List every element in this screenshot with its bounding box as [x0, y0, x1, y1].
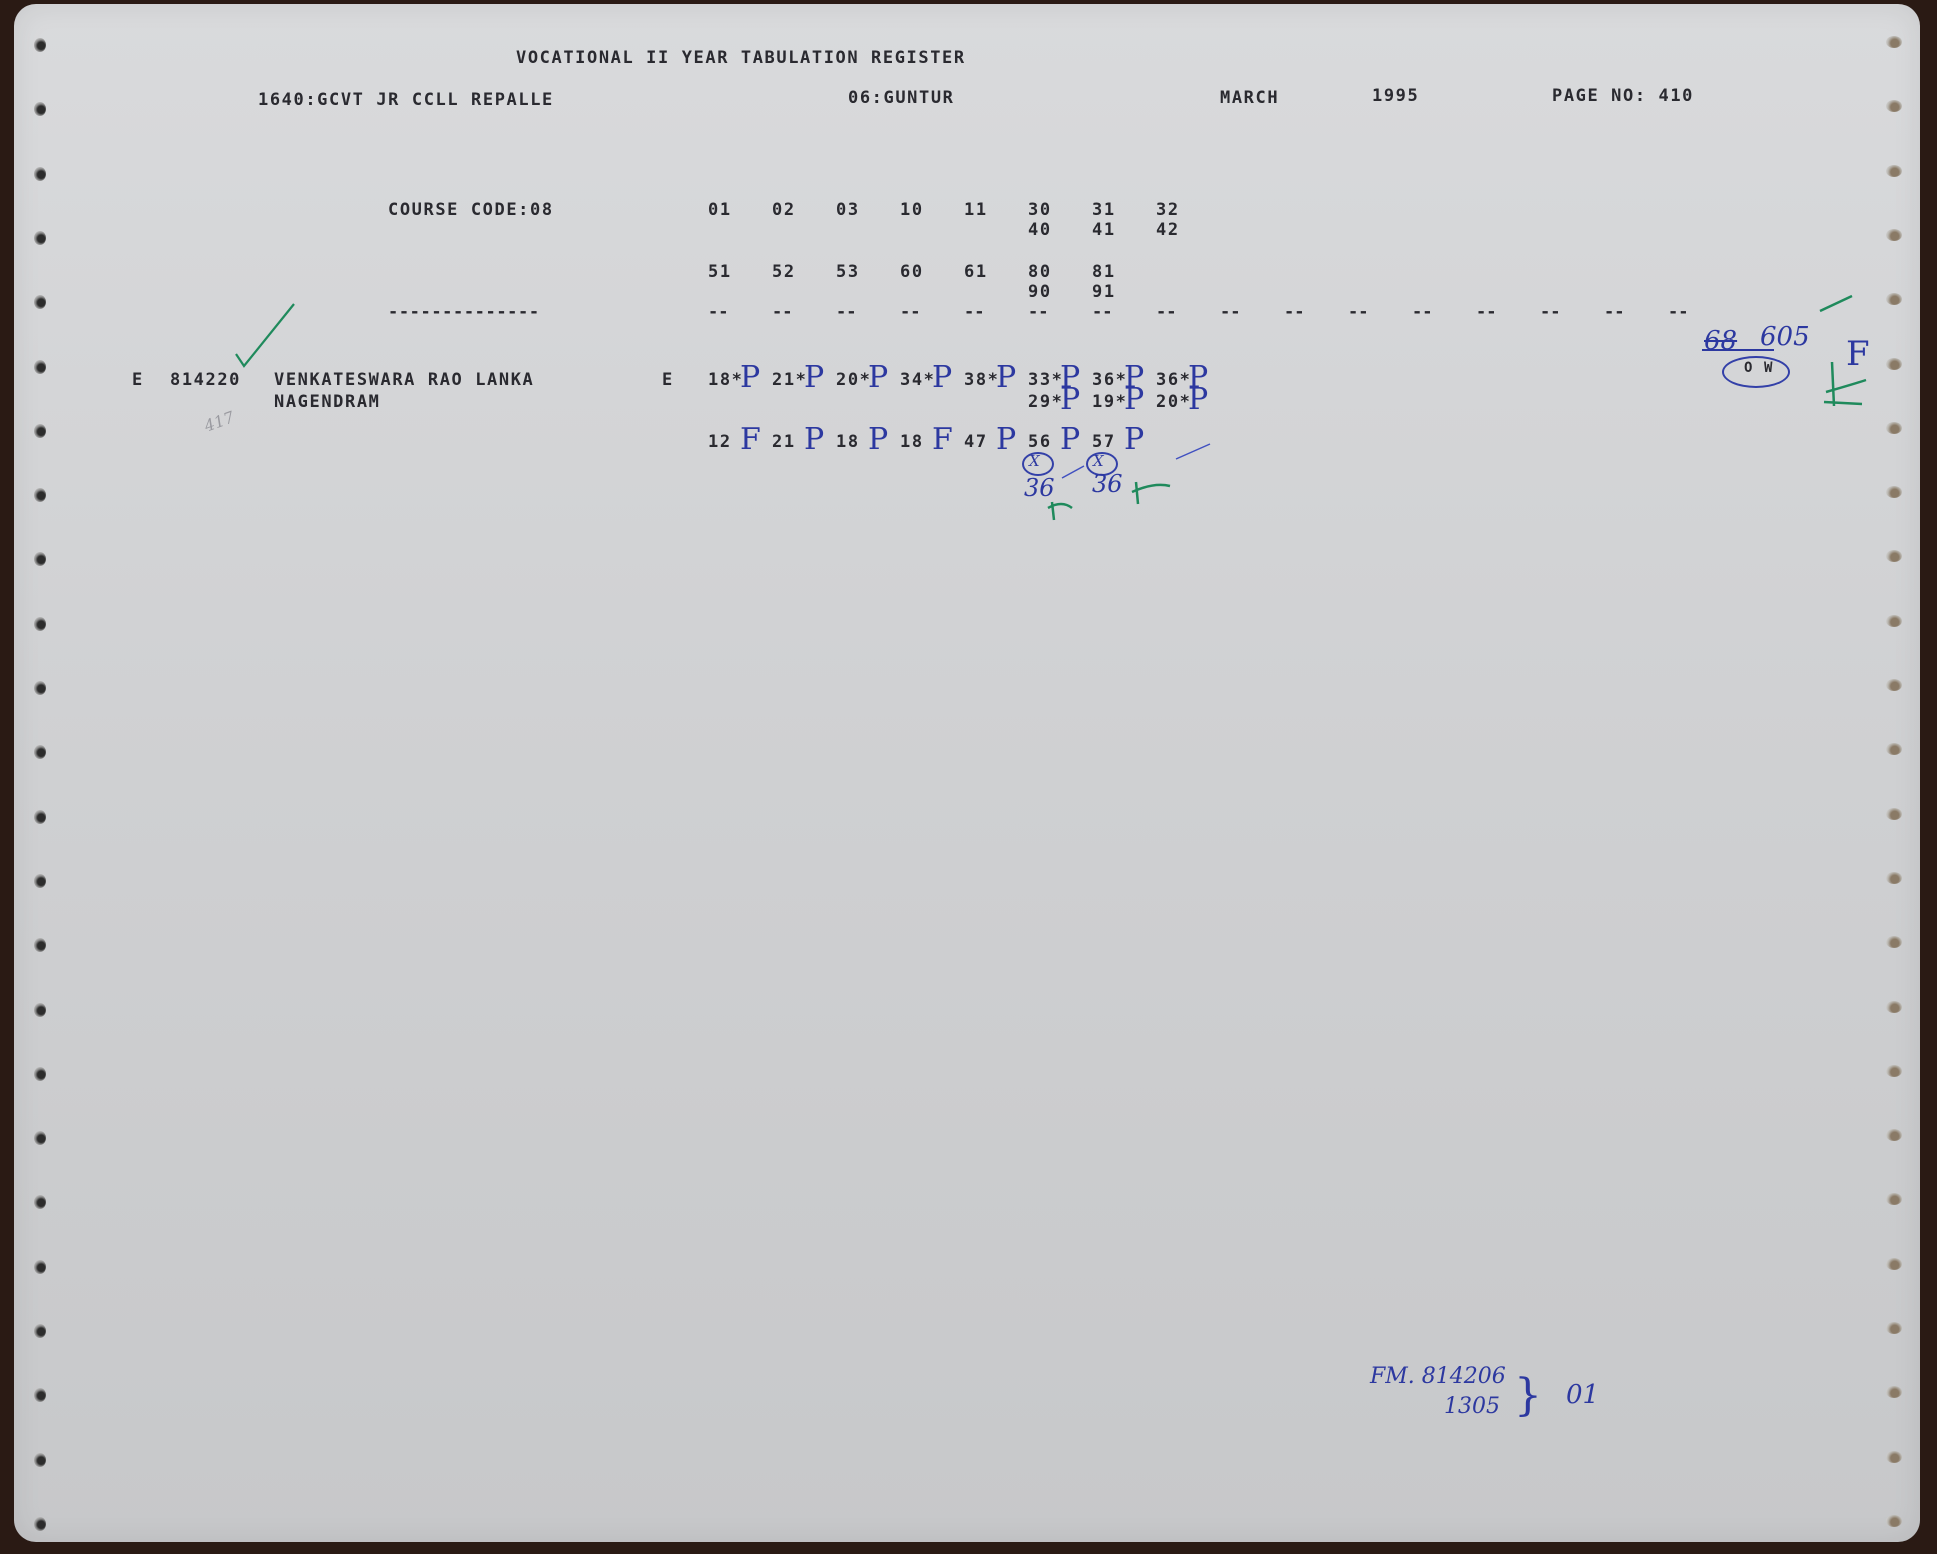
- grand-total: 605: [1760, 322, 1810, 352]
- footer-count: 01: [1566, 1380, 1599, 1410]
- struck-total: 68: [1704, 326, 1737, 356]
- green-tick-marks: [14, 4, 1920, 1542]
- tabulation-register-sheet: VOCATIONAL II YEAR TABULATION REGISTER 1…: [14, 4, 1920, 1542]
- ow-label: O W: [1744, 360, 1774, 376]
- final-result: F: [1846, 334, 1870, 374]
- footer-note-2: 1305: [1444, 1394, 1500, 1419]
- brace-glyph: }: [1514, 1370, 1542, 1421]
- footer-note: FM. 814206: [1370, 1364, 1506, 1389]
